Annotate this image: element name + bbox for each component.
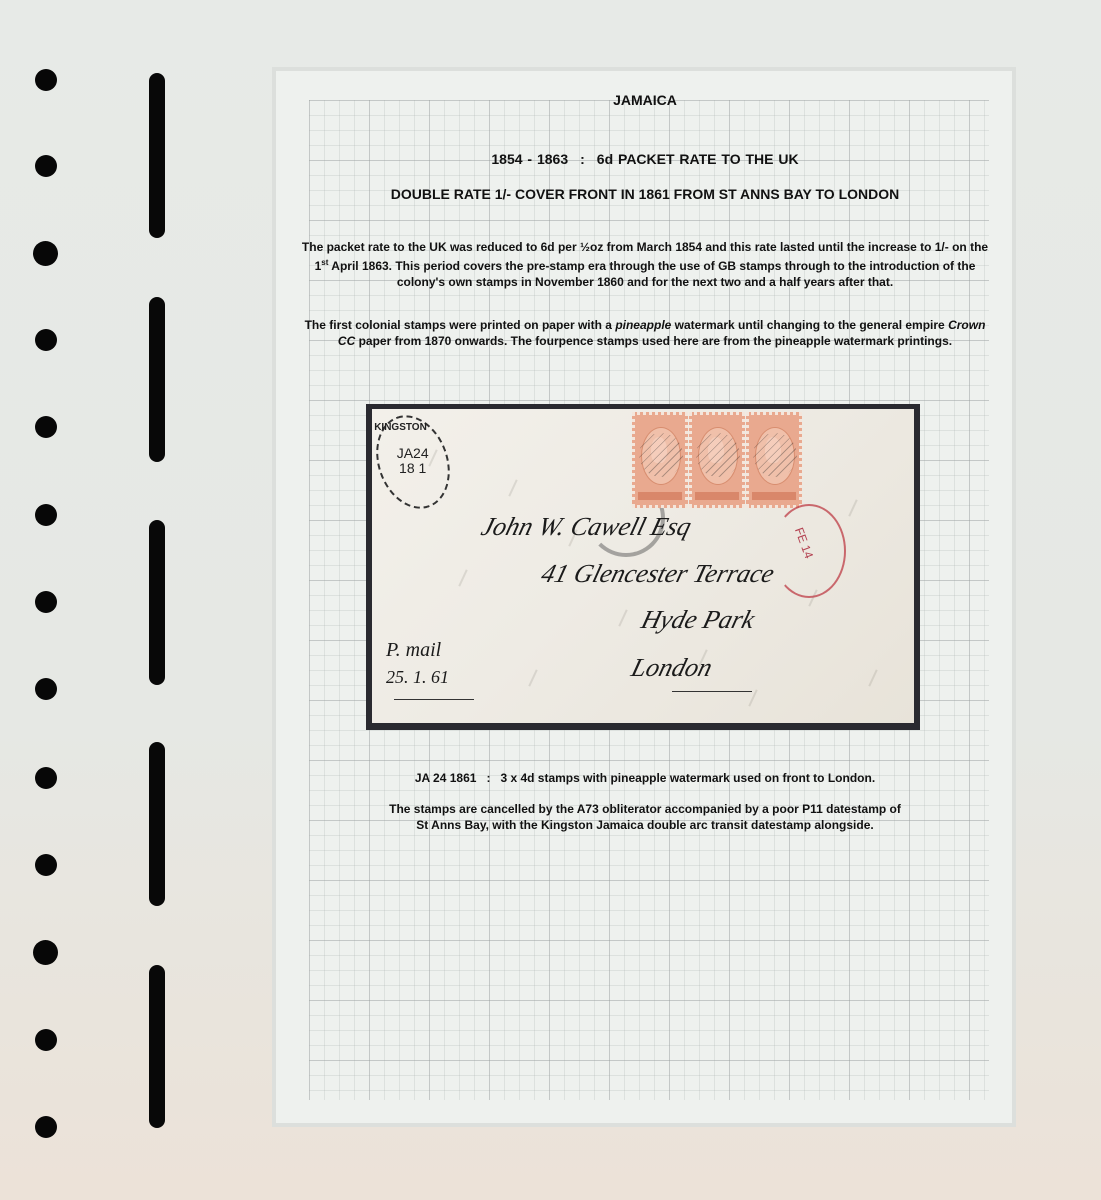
- binder-hole: [35, 329, 57, 351]
- intro-paragraph: The packet rate to the UK was reduced to…: [300, 239, 990, 290]
- watermark-text-b: watermark until changing to the general …: [671, 318, 948, 332]
- binder-hole: [35, 767, 57, 789]
- a73-obliterator: [696, 433, 740, 477]
- annotation-packet-mail: P. mail: [386, 639, 441, 662]
- heading-separator: :: [580, 151, 585, 167]
- binder-hole: [35, 155, 57, 177]
- stamp-4d: [689, 412, 745, 508]
- binder-hole: [35, 1116, 57, 1138]
- cover-caption: JA 24 1861:3 x 4d stamps with pineapple …: [300, 771, 990, 785]
- cover-description: The stamps are cancelled by the A73 obli…: [385, 801, 905, 833]
- stamp-4d: [746, 412, 802, 508]
- a73-obliterator: [753, 433, 797, 477]
- caption-date: JA 24 1861: [415, 771, 477, 785]
- watermark-paragraph: The first colonial stamps were printed o…: [300, 317, 990, 349]
- stamp-4d: [632, 412, 688, 508]
- binder-hole: [35, 1029, 57, 1051]
- watermark-text-c: paper from 1870 onwards. The fourpence s…: [355, 334, 952, 348]
- page-title: JAMAICA: [300, 92, 990, 108]
- address-line-name: John W. Cawell Esq: [478, 512, 695, 542]
- stamp-strip: [632, 412, 803, 508]
- kingston-datestamp: KINGSTON JA24 18 1: [372, 409, 462, 519]
- heading-subject: 6d PACKET RATE TO THE UK: [597, 151, 799, 167]
- binder-slot: [149, 73, 165, 238]
- address-line-district: Hyde Park: [638, 605, 758, 635]
- section-heading: 1854 - 1863:6d PACKET RATE TO THE UK: [300, 151, 990, 167]
- watermark-text-a: The first colonial stamps were printed o…: [305, 318, 616, 332]
- caption-text: 3 x 4d stamps with pineapple watermark u…: [500, 771, 875, 785]
- heading-period: 1854 - 1863: [491, 151, 568, 167]
- intro-text-b: April 1863. This period covers the pre-s…: [328, 259, 975, 289]
- binder-hole: [35, 854, 57, 876]
- london-arrival-datestamp: FE 14: [772, 504, 846, 598]
- binder-hole: [33, 241, 58, 266]
- annotation-date: 25. 1. 61: [386, 667, 449, 688]
- address-line-city: London: [628, 653, 716, 683]
- cover-front-image: KINGSTON JA24 18 1 FE 14 John W. Cawell …: [372, 409, 914, 723]
- binder-hole: [33, 940, 58, 965]
- binder-hole: [35, 416, 57, 438]
- caption-separator: :: [486, 771, 490, 785]
- cover-subheading: DOUBLE RATE 1/- COVER FRONT IN 1861 FROM…: [300, 186, 990, 202]
- binder-hole: [35, 69, 57, 91]
- a73-obliterator: [639, 433, 683, 477]
- binder-hole: [35, 591, 57, 613]
- address-line-street: 41 Glencester Terrace: [538, 559, 778, 589]
- watermark-italic-pineapple: pineapple: [615, 318, 671, 332]
- binder-slot: [149, 742, 165, 906]
- datestamp-date: JA24 18 1: [380, 446, 446, 476]
- binder-slot: [149, 965, 165, 1128]
- binder-hole: [35, 678, 57, 700]
- binder-hole: [35, 504, 57, 526]
- datestamp-town: KINGSTON: [372, 422, 434, 433]
- binder-slot: [149, 297, 165, 462]
- binder-slot: [149, 520, 165, 685]
